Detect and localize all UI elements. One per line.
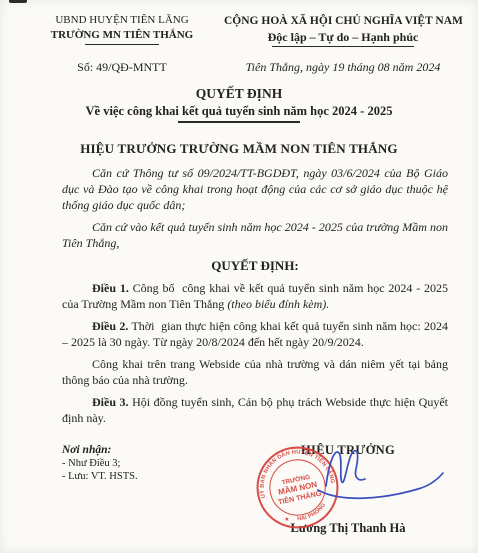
issuer-heading: HIỆU TRƯỞNG TRƯỜNG MẦM NON TIÊN THẮNG [0,141,478,157]
recipient-line: - Lưu: VT. HSTS. [62,470,248,483]
preamble-paragraph: Căn cứ vào kết quả tuyển sinh năm học 20… [62,219,448,251]
signature-scribble [326,451,365,486]
recipients-label: Nơi nhận: [62,443,248,457]
article-paragraph: Điều 2. Thời gian thực hiện công khai kế… [62,318,448,350]
national-title: CỘNG HOÀ XÃ HỘI CHỦ NGHĨA VIỆT NAM [224,13,462,29]
place-date-line: Tiên Thắng, ngày 19 tháng 08 năm 2024 [224,60,462,75]
article-paragraph: Công khai trên trang Webside của nhà trư… [62,356,448,388]
stamp-ring-bottom-text: HẢI PHÒNG [294,501,329,523]
svg-text:HẢI PHÒNG: HẢI PHÒNG [294,501,329,523]
title-block: QUYẾT ĐỊNH Về việc công khai kết quả tuy… [0,86,478,156]
org-parent-name: UBND HUYỆN TIÊN LÃNG [16,13,228,28]
article-text: Công khai trên trang Webside của nhà trư… [62,357,448,387]
document-subtitle: Về việc công khai kết quả tuyển sinh năm… [0,103,478,119]
national-motto-block: CỘNG HOÀ XÃ HỘI CHỦ NGHĨA VIỆT NAM Độc l… [224,13,462,75]
org-underline [85,44,159,45]
subtitle-underline [178,121,300,122]
article-paragraph: Điều 1. Công bố công khai về kết quả tuy… [62,280,448,312]
article-label: Điều 3. [92,395,129,409]
decision-heading: QUYẾT ĐỊNH: [62,258,448,274]
document-header: UBND HUYỆN TIÊN LÃNG TRƯỜNG MN TIÊN THẮN… [0,0,478,75]
recipients-block: Nơi nhận: - Như Điều 3; - Lưu: VT. HSTS. [62,443,248,536]
document-body: Căn cứ Thông tư số 09/2024/TT-BGDĐT, ngà… [62,165,448,426]
document-page: UBND HUYỆN TIÊN LÃNG TRƯỜNG MN TIÊN THẮN… [0,0,478,553]
motto-underline [272,46,414,47]
national-motto: Độc lập – Tự do – Hạnh phúc [224,29,462,45]
scan-artifact [9,0,27,3]
article-note: (theo biểu đính kèm). [227,297,329,311]
document-number: Số: 49/QĐ-MNTT [16,60,228,75]
article-label: Điều 2. [92,319,128,333]
handwritten-signature [296,444,448,502]
org-name: TRƯỜNG MN TIÊN THẮNG [16,28,228,43]
article-label: Điều 1. [92,281,129,295]
recipient-line: - Như Điều 3; [62,457,248,470]
document-title: QUYẾT ĐỊNH [0,86,478,102]
issuing-org-block: UBND HUYỆN TIÊN LÃNG TRƯỜNG MN TIÊN THẮN… [16,13,228,75]
article-paragraph: Điều 3. Hội đồng tuyển sinh, Cán bộ phụ … [62,394,448,426]
stamp-star-icon: ★ [284,516,291,524]
signature-flourish [318,473,443,498]
preamble-paragraph: Căn cứ Thông tư số 09/2024/TT-BGDĐT, ngà… [62,165,448,213]
